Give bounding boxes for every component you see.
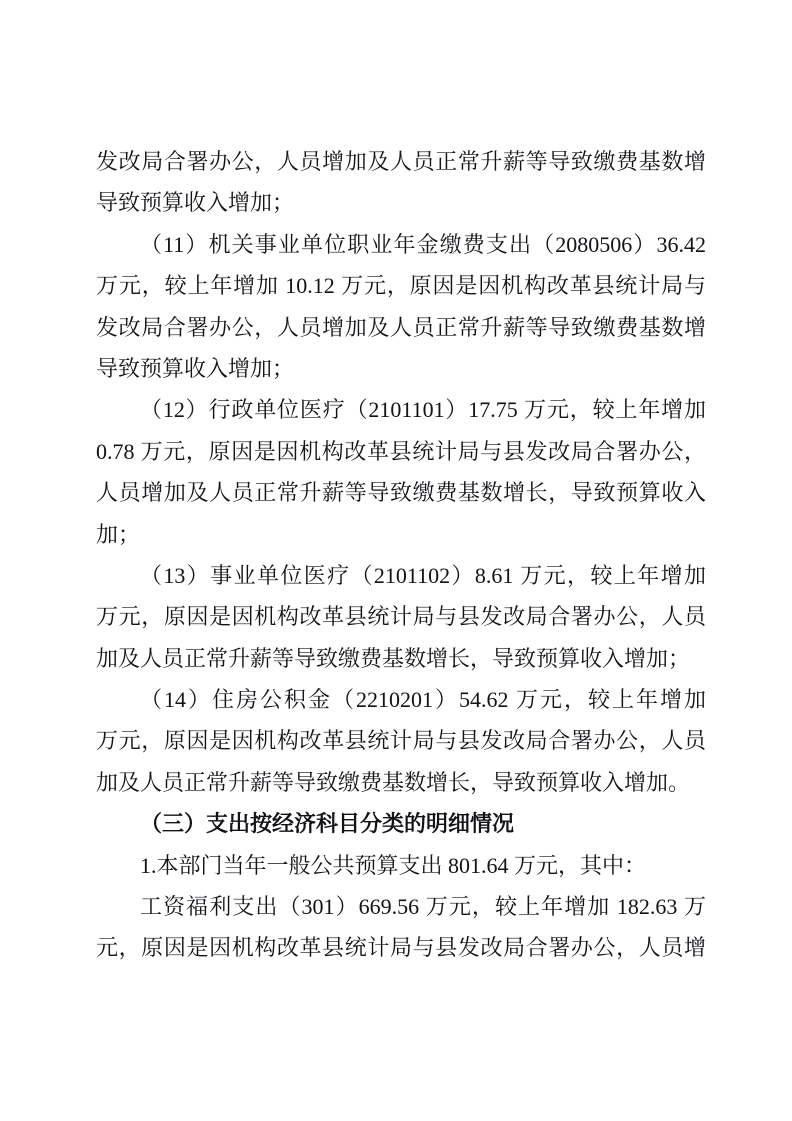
text-line: 导致预算收入增加；	[96, 182, 706, 223]
text-line: 发改局合署办公，人员增加及人员正常升薪等导致缴费基数增长，	[96, 141, 706, 182]
text-line: （14）住房公积金（2210201）54.62 万元，较上年增加 15.17	[96, 679, 706, 720]
text-line: （12）行政单位医疗（2101101）17.75 万元，较上年增加	[96, 389, 706, 430]
text-line: 工资福利支出（301）669.56 万元，较上年增加 182.63 万	[96, 886, 706, 927]
text-line: （13）事业单位医疗（2101102）8.61 万元，较上年增加 4.21	[96, 555, 706, 596]
text-line: 加及人员正常升薪等导致缴费基数增长，导致预算收入增加。	[96, 762, 706, 803]
text-line: （11）机关事业单位职业年金缴费支出（2080506）36.42	[96, 224, 706, 265]
text-line: 万元，较上年增加 10.12 万元，原因是因机构改革县统计局与县	[96, 265, 706, 306]
text-line: 0.78 万元，原因是因机构改革县统计局与县发改局合署办公，	[96, 431, 706, 472]
text-line: 万元，原因是因机构改革县统计局与县发改局合署办公，人员增	[96, 596, 706, 637]
text-line: 导致预算收入增加；	[96, 348, 706, 389]
text-line: 1.本部门当年一般公共预算支出 801.64 万元，其中：	[96, 845, 706, 886]
text-line: 万元，原因是因机构改革县统计局与县发改局合署办公，人员增	[96, 720, 706, 761]
document-page: 发改局合署办公，人员增加及人员正常升薪等导致缴费基数增长，导致预算收入增加；（1…	[0, 0, 792, 1121]
text-line: 元，原因是因机构改革县统计局与县发改局合署办公，人员增加，	[96, 927, 706, 968]
text-line: 人员增加及人员正常升薪等导致缴费基数增长，导致预算收入增	[96, 472, 706, 513]
section-heading-line: （三）支出按经济科目分类的明细情况	[96, 803, 706, 844]
text-line: 加及人员正常升薪等导致缴费基数增长，导致预算收入增加；	[96, 638, 706, 679]
text-line: 发改局合署办公，人员增加及人员正常升薪等导致缴费基数增长，	[96, 307, 706, 348]
text-line: 加；	[96, 514, 706, 555]
document-text: 发改局合署办公，人员增加及人员正常升薪等导致缴费基数增长，导致预算收入增加；（1…	[96, 141, 706, 969]
